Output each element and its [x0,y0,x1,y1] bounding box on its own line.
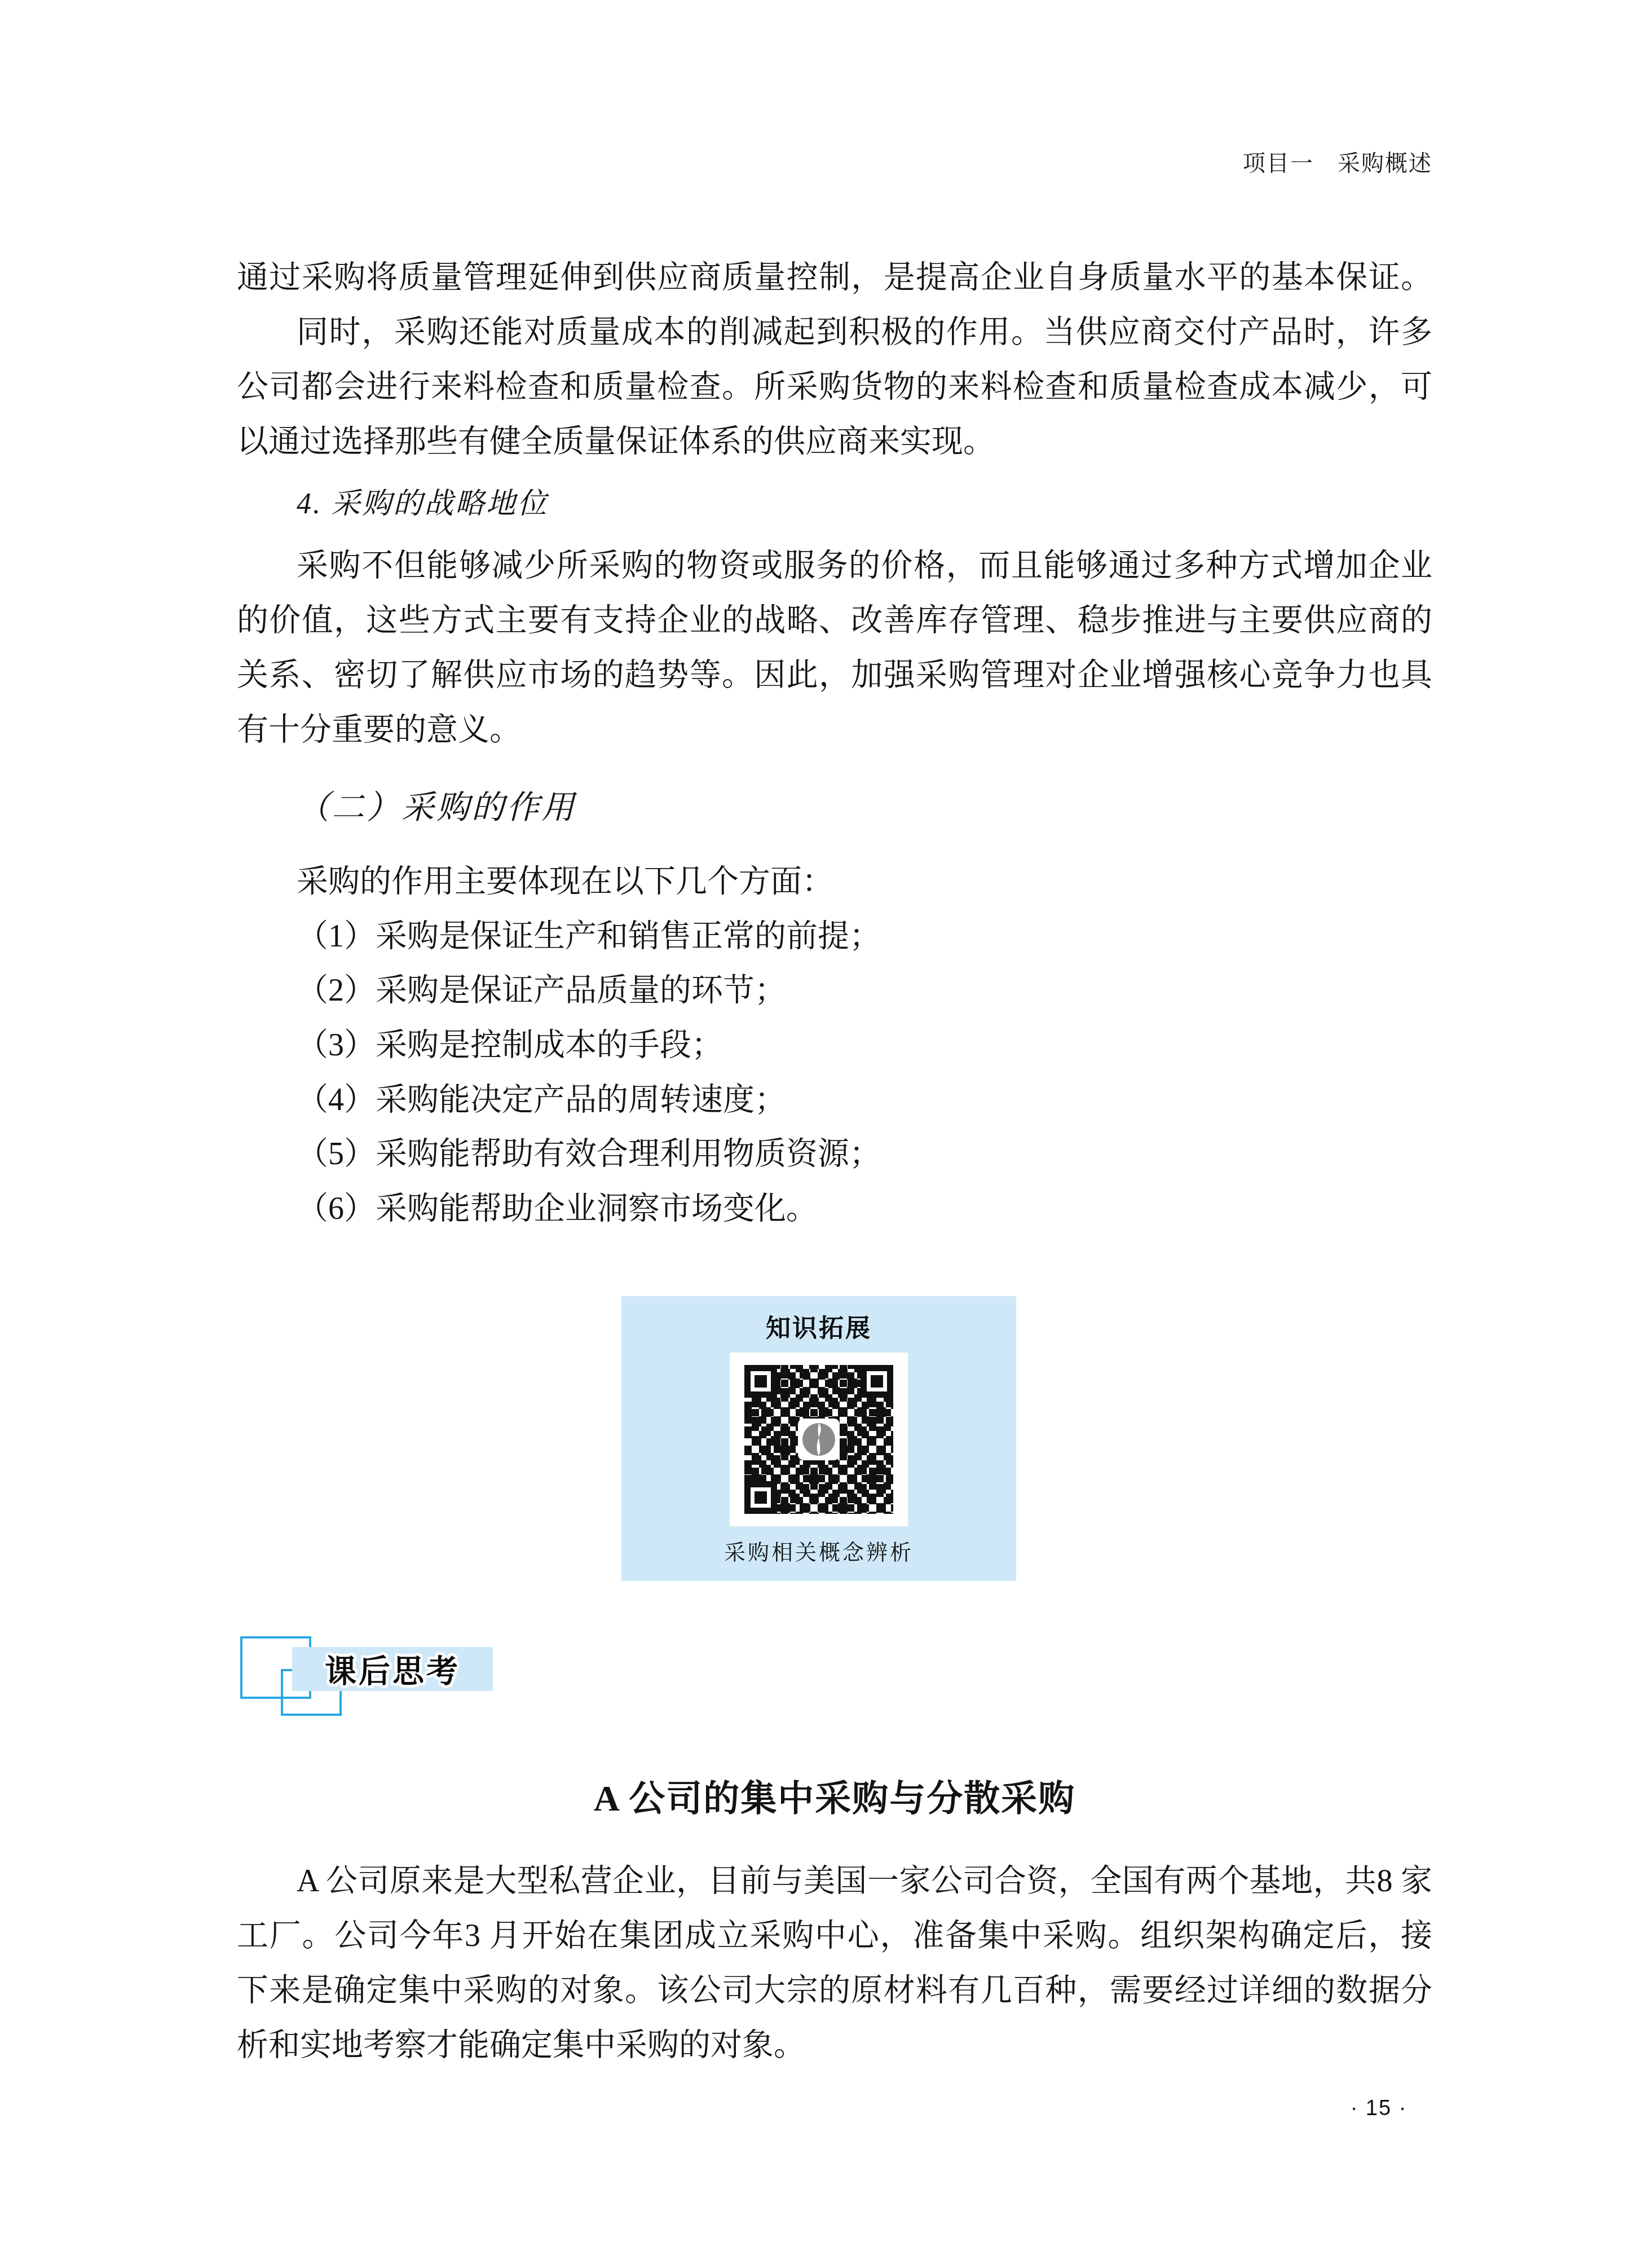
body-line: 下来是确定集中采购的对象。该公司大宗的原材料有几百种，需要经过详细的数据分 [237,1963,1432,2018]
list-item: （5）采购能帮助有效合理利用物质资源； [237,1127,1432,1182]
body-line: 工厂。公司今年3 月开始在集团成立采购中心，准备集中采购。组织架构确定后，接 [237,1909,1432,1963]
list-item: （2）采购是保证产品质量的环节； [237,963,1432,1018]
after-class-thinking-label: 课后思考 [325,1646,460,1692]
body-line: 通过采购将质量管理延伸到供应商质量控制，是提高企业自身质量水平的基本保证。 [237,250,1432,305]
body-line: 有十分重要的意义。 [237,703,1432,758]
list-item: （6）采购能帮助企业洞察市场变化。 [237,1182,1432,1236]
qr-pattern [744,1365,893,1514]
after-class-thinking-banner: 课后思考 [292,1647,493,1691]
body-line: A 公司原来是大型私营企业，目前与美国一家公司合资，全国有两个基地，共8 家 [237,1854,1432,1909]
body-line: 同时，采购还能对质量成本的削减起到积极的作用。当供应商交付产品时，许多 [237,305,1432,360]
body-line: 的价值，这些方式主要有支持企业的战略、改善库存管理、稳步推进与主要供应商的 [237,593,1432,648]
qr-center-logo-icon [798,1419,840,1460]
page-number: · 15 · [1331,2094,1427,2123]
body-line: 析和实地考察才能确定集中采购的对象。 [237,2018,1432,2073]
subsection-heading: （二）采购的作用 [237,780,1432,835]
knowledge-expansion-box: 知识拓展 采购相关概念辨析 [621,1296,1016,1581]
list-item: （1）采购是保证生产和销售正常的前提； [237,909,1432,964]
list-item: （3）采购是控制成本的手段； [237,1018,1432,1073]
qr-finder-icon [744,1481,777,1514]
case-study-title: A 公司的集中采购与分散采购 [237,1771,1432,1826]
qr-caption: 采购相关概念辨析 [621,1538,1016,1568]
body-line: 以通过选择那些有健全质量保证体系的供应商来实现。 [237,415,1432,469]
qr-finder-icon [861,1365,893,1398]
running-header: 项目一 采购概述 [237,148,1432,179]
body-line: 公司都会进行来料检查和质量检查。所采购货物的来料检查和质量检查成本减少，可 [237,360,1432,415]
knowledge-box-title: 知识拓展 [621,1314,1016,1344]
qr-finder-icon [744,1365,777,1398]
qr-code [730,1353,908,1526]
section-heading: 4. 采购的战略地位 [237,477,1432,531]
body-line: 关系、密切了解供应市场的趋势等。因此，加强采购管理对企业增强核心竞争力也具 [237,648,1432,703]
body-line: 采购的作用主要体现在以下几个方面： [237,855,1432,909]
body-line: 采购不但能够减少所采购的物资或服务的价格，而且能够通过多种方式增加企业 [237,539,1432,593]
textbook-page: 项目一 采购概述 通过采购将质量管理延伸到供应商质量控制，是提高企业自身质量水平… [0,0,1628,2268]
list-item: （4）采购能决定产品的周转速度； [237,1073,1432,1128]
